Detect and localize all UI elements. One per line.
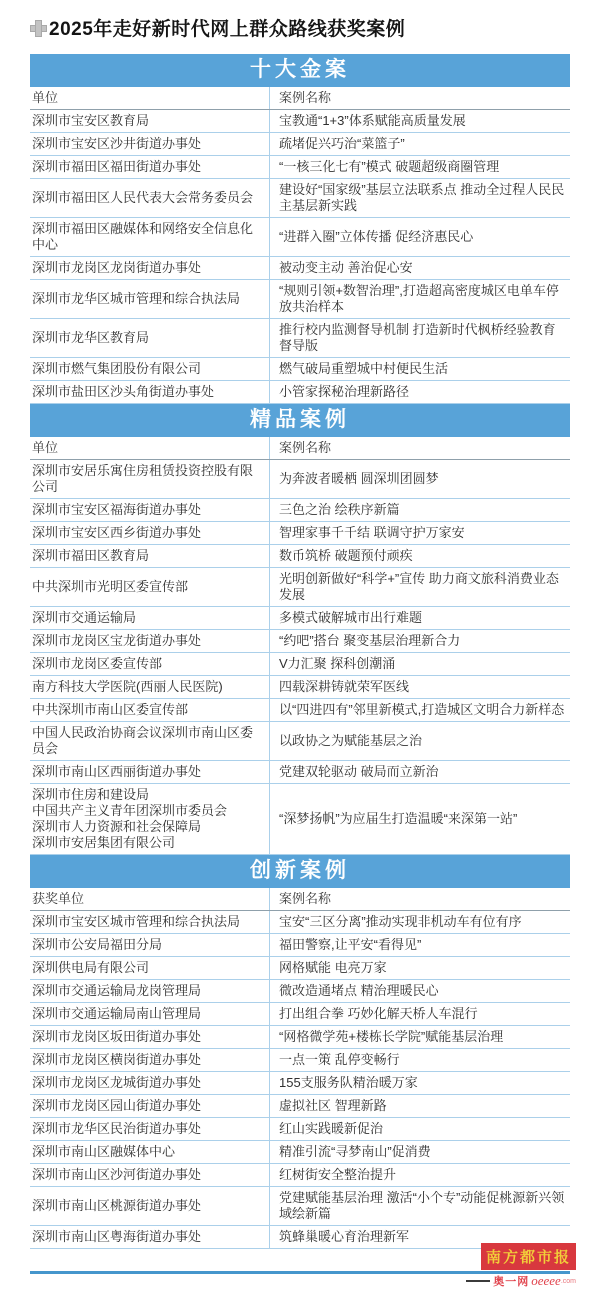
table-row: 深圳市龙岗区坂田街道办事处“网格微学苑+楼栋长学院”赋能基层治理 [30, 1026, 570, 1049]
masthead-logo: 南方都市报 奥一网 oeeee .com [466, 1243, 576, 1289]
table-row: 深圳供电局有限公司网格赋能 电亮万家 [30, 957, 570, 980]
unit-cell: 深圳市福田区融媒体和网络安全信息化中心 [30, 218, 270, 256]
unit-column-header-label: 获奖单位 [32, 891, 84, 907]
case-cell: 宝安“三区分离”推动实现非机动车有位有序 [270, 911, 570, 933]
oeeee-site-line: 奥一网 oeeee .com [466, 1273, 576, 1289]
case-column-header: 案例名称 [270, 87, 570, 109]
unit-text: 深圳市福田区福田街道办事处 [32, 159, 201, 175]
case-cell: 三色之治 绘秩序新篇 [270, 499, 570, 521]
unit-text: 深圳市龙华区民治街道办事处 [32, 1121, 201, 1137]
case-text: 党建双轮驱动 破局而立新治 [279, 764, 439, 780]
unit-text: 深圳市燃气集团股份有限公司 [32, 361, 201, 377]
unit-text: 南方科技大学医院(西丽人民医院) [32, 679, 223, 695]
unit-text: 深圳市龙岗区园山街道办事处 [32, 1098, 201, 1114]
case-cell: 燃气破局重塑城中村便民生活 [270, 358, 570, 380]
unit-text: 深圳市南山区粤海街道办事处 [32, 1229, 201, 1245]
case-text: “一核三化七有”模式 破题超级商圈管理 [279, 159, 499, 175]
award-section: 十大金案单位案例名称深圳市宝安区教育局宝教通“1+3”体系赋能高质量发展深圳市宝… [30, 54, 570, 404]
case-text: 虚拟社区 智理新路 [279, 1098, 387, 1114]
footer: 南方都市报 奥一网 oeeee .com [30, 1265, 570, 1293]
case-text: “深梦扬帆”为应届生打造温暖“来深第一站” [279, 811, 517, 827]
unit-cell: 深圳市龙华区教育局 [30, 319, 270, 357]
unit-text: 深圳供电局有限公司 [32, 960, 149, 976]
unit-cell: 深圳市住房和建设局 中国共产主义青年团深圳市委员会 深圳市人力资源和社会保障局 … [30, 784, 270, 854]
case-cell: 微改造通堵点 精治理暖民心 [270, 980, 570, 1002]
unit-cell: 深圳市龙岗区园山街道办事处 [30, 1095, 270, 1117]
case-cell: “一核三化七有”模式 破题超级商圈管理 [270, 156, 570, 178]
case-text: 155支服务队精治暖万家 [279, 1075, 418, 1091]
case-text: 多模式破解城市出行难题 [279, 610, 422, 626]
unit-text: 深圳市宝安区西乡街道办事处 [32, 525, 201, 541]
unit-text: 深圳市龙岗区龙城街道办事处 [32, 1075, 201, 1091]
unit-cell: 深圳市安居乐寓住房租赁投资控股有限公司 [30, 460, 270, 498]
unit-text: 深圳市交通运输局 [32, 610, 136, 626]
table-row: 深圳市宝安区沙井街道办事处疏堵促兴巧治“菜篮子” [30, 133, 570, 156]
case-text: “网格微学苑+楼栋长学院”赋能基层治理 [279, 1029, 503, 1045]
table-row: 深圳市交通运输局南山管理局打出组合拳 巧妙化解天桥人车混行 [30, 1003, 570, 1026]
table-row: 深圳市福田区人民代表大会常务委员会建设好“国家级”基层立法联系点 推动全过程人民… [30, 179, 570, 218]
unit-cell: 深圳市公安局福田分局 [30, 934, 270, 956]
site-name-cn: 奥一网 [493, 1273, 529, 1289]
case-text: 精准引流“寻梦南山”促消费 [279, 1144, 431, 1160]
case-cell: 四载深耕铸就荣军医线 [270, 676, 570, 698]
case-text: “规则引领+数智治理”,打造超高密度城区电单车停放共治样本 [279, 283, 568, 315]
unit-column-header: 获奖单位 [30, 888, 270, 910]
site-tld: .com [561, 1278, 576, 1285]
case-text: 红树街安全整治提升 [279, 1167, 396, 1183]
unit-text: 中共深圳市光明区委宣传部 [32, 579, 188, 595]
table-row: 深圳市住房和建设局 中国共产主义青年团深圳市委员会 深圳市人力资源和社会保障局 … [30, 784, 570, 855]
unit-text: 深圳市福田区教育局 [32, 548, 149, 564]
case-text: 网格赋能 电亮万家 [279, 960, 387, 976]
unit-cell: 深圳市龙岗区横岗街道办事处 [30, 1049, 270, 1071]
case-cell: 虚拟社区 智理新路 [270, 1095, 570, 1117]
unit-text: 深圳市宝安区城市管理和综合执法局 [32, 914, 240, 930]
table-row: 深圳市南山区沙河街道办事处红树街安全整治提升 [30, 1164, 570, 1187]
page-title: 2025年走好新时代网上群众路线获奖案例 [49, 14, 405, 41]
case-cell: “进群入圈”立体传播 促经济惠民心 [270, 218, 570, 256]
case-text: 建设好“国家级”基层立法联系点 推动全过程人民民主基层新实践 [279, 182, 568, 214]
table-row: 深圳市龙华区城市管理和综合执法局“规则引领+数智治理”,打造超高密度城区电单车停… [30, 280, 570, 319]
page-title-row: 2025年走好新时代网上群众路线获奖案例 [30, 14, 570, 41]
case-text: 数币筑桥 破题预付顽疾 [279, 548, 413, 564]
case-cell: 以“四进四有”邻里新模式,打造城区文明合力新样态 [270, 699, 570, 721]
unit-cell: 深圳市龙岗区宝龙街道办事处 [30, 630, 270, 652]
case-cell: 一点一策 乱停变畅行 [270, 1049, 570, 1071]
case-cell: 党建双轮驱动 破局而立新治 [270, 761, 570, 783]
case-text: 疏堵促兴巧治“菜篮子” [279, 136, 405, 152]
table-row: 深圳市龙岗区委宣传部V力汇聚 探科创潮涌 [30, 653, 570, 676]
unit-cell: 深圳市龙华区民治街道办事处 [30, 1118, 270, 1140]
unit-text: 深圳市交通运输局南山管理局 [32, 1006, 201, 1022]
unit-text: 深圳市龙岗区宝龙街道办事处 [32, 633, 201, 649]
column-header-row: 获奖单位案例名称 [30, 888, 570, 911]
case-text: 打出组合拳 巧妙化解天桥人车混行 [279, 1006, 478, 1022]
unit-column-header: 单位 [30, 437, 270, 459]
case-column-header-label: 案例名称 [279, 891, 331, 907]
case-cell: 多模式破解城市出行难题 [270, 607, 570, 629]
unit-text: 深圳市南山区桃源街道办事处 [32, 1198, 201, 1214]
unit-cell: 中共深圳市光明区委宣传部 [30, 568, 270, 606]
case-text: 福田警察,让平安“看得见” [279, 937, 421, 953]
unit-cell: 深圳市南山区粤海街道办事处 [30, 1226, 270, 1248]
case-cell: 打出组合拳 巧妙化解天桥人车混行 [270, 1003, 570, 1025]
case-text: 宝安“三区分离”推动实现非机动车有位有序 [279, 914, 522, 930]
unit-text: 深圳市南山区西丽街道办事处 [32, 764, 201, 780]
unit-text: 深圳市龙华区城市管理和综合执法局 [32, 291, 240, 307]
table-row: 深圳市龙华区民治街道办事处红山实践暖新促治 [30, 1118, 570, 1141]
unit-cell: 深圳市南山区沙河街道办事处 [30, 1164, 270, 1186]
case-text: 微改造通堵点 精治理暖民心 [279, 983, 439, 999]
table-row: 中共深圳市南山区委宣传部以“四进四有”邻里新模式,打造城区文明合力新样态 [30, 699, 570, 722]
case-cell: 以政协之为赋能基层之治 [270, 722, 570, 760]
unit-cell: 深圳市南山区桃源街道办事处 [30, 1187, 270, 1225]
case-text: 光明创新做好“科学+”宣传 助力商文旅科消费业态发展 [279, 571, 568, 603]
case-cell: V力汇聚 探科创潮涌 [270, 653, 570, 675]
table-row: 南方科技大学医院(西丽人民医院)四载深耕铸就荣军医线 [30, 676, 570, 699]
case-text: 推行校内监测督导机制 打造新时代枫桥经验教育督导版 [279, 322, 568, 354]
unit-cell: 深圳供电局有限公司 [30, 957, 270, 979]
table-row: 中国人民政治协商会议深圳市南山区委员会以政协之为赋能基层之治 [30, 722, 570, 761]
case-text: 以政协之为赋能基层之治 [279, 733, 422, 749]
unit-column-header-label: 单位 [32, 90, 58, 106]
table-row: 深圳市南山区桃源街道办事处党建赋能基层治理 激活“小个专”动能促桃源新兴领域绘新… [30, 1187, 570, 1226]
unit-cell: 深圳市福田区人民代表大会常务委员会 [30, 179, 270, 217]
case-cell: 小管家探秘治理新路径 [270, 381, 570, 403]
case-column-header: 案例名称 [270, 888, 570, 910]
section-header: 精品案例 [30, 404, 570, 437]
unit-cell: 深圳市交通运输局南山管理局 [30, 1003, 270, 1025]
table-row: 深圳市安居乐寓住房租赁投资控股有限公司为奔波者暖栖 圆深圳团圆梦 [30, 460, 570, 499]
unit-text: 中国人民政治协商会议深圳市南山区委员会 [32, 725, 261, 757]
unit-text: 深圳市公安局福田分局 [32, 937, 162, 953]
case-cell: 党建赋能基层治理 激活“小个专”动能促桃源新兴领域绘新篇 [270, 1187, 570, 1225]
unit-cell: 深圳市龙华区城市管理和综合执法局 [30, 280, 270, 318]
plus-icon [30, 20, 45, 35]
case-text: 三色之治 绘秩序新篇 [279, 502, 400, 518]
case-cell: 疏堵促兴巧治“菜篮子” [270, 133, 570, 155]
case-text: 小管家探秘治理新路径 [279, 384, 409, 400]
table-row: 深圳市南山区融媒体中心精准引流“寻梦南山”促消费 [30, 1141, 570, 1164]
case-cell: “深梦扬帆”为应届生打造温暖“来深第一站” [270, 784, 570, 854]
table-row: 深圳市龙华区教育局推行校内监测督导机制 打造新时代枫桥经验教育督导版 [30, 319, 570, 358]
section-header: 十大金案 [30, 54, 570, 87]
unit-column-header-label: 单位 [32, 440, 58, 456]
nandu-brand-logo: 南方都市报 [481, 1243, 576, 1270]
table-row: 深圳市龙岗区龙城街道办事处155支服务队精治暖万家 [30, 1072, 570, 1095]
unit-cell: 南方科技大学医院(西丽人民医院) [30, 676, 270, 698]
case-text: “约吧”搭台 聚变基层治理新合力 [279, 633, 460, 649]
award-section: 创新案例获奖单位案例名称深圳市宝安区城市管理和综合执法局宝安“三区分离”推动实现… [30, 855, 570, 1249]
unit-text: 深圳市龙岗区横岗街道办事处 [32, 1052, 201, 1068]
unit-cell: 深圳市交通运输局龙岗管理局 [30, 980, 270, 1002]
awards-table: 十大金案单位案例名称深圳市宝安区教育局宝教通“1+3”体系赋能高质量发展深圳市宝… [30, 54, 570, 1249]
unit-column-header: 单位 [30, 87, 270, 109]
unit-cell: 深圳市南山区西丽街道办事处 [30, 761, 270, 783]
table-row: 深圳市公安局福田分局福田警察,让平安“看得见” [30, 934, 570, 957]
case-cell: 智理家事千千结 联调守护万家安 [270, 522, 570, 544]
case-text: 燃气破局重塑城中村便民生活 [279, 361, 448, 377]
unit-cell: 深圳市龙岗区坂田街道办事处 [30, 1026, 270, 1048]
table-row: 深圳市燃气集团股份有限公司燃气破局重塑城中村便民生活 [30, 358, 570, 381]
unit-cell: 深圳市福田区福田街道办事处 [30, 156, 270, 178]
table-row: 深圳市宝安区西乡街道办事处智理家事千千结 联调守护万家安 [30, 522, 570, 545]
case-text: “进群入圈”立体传播 促经济惠民心 [279, 229, 473, 245]
case-cell: 155支服务队精治暖万家 [270, 1072, 570, 1094]
case-cell: 红山实践暖新促治 [270, 1118, 570, 1140]
award-section: 精品案例单位案例名称深圳市安居乐寓住房租赁投资控股有限公司为奔波者暖栖 圆深圳团… [30, 404, 570, 855]
case-text: 红山实践暖新促治 [279, 1121, 383, 1137]
unit-text: 深圳市龙岗区坂田街道办事处 [32, 1029, 201, 1045]
unit-text: 深圳市住房和建设局 中国共产主义青年团深圳市委员会 深圳市人力资源和社会保障局 … [32, 787, 227, 851]
unit-cell: 深圳市燃气集团股份有限公司 [30, 358, 270, 380]
table-row: 深圳市龙岗区横岗街道办事处一点一策 乱停变畅行 [30, 1049, 570, 1072]
table-row: 深圳市福田区福田街道办事处“一核三化七有”模式 破题超级商圈管理 [30, 156, 570, 179]
case-column-header-label: 案例名称 [279, 440, 331, 456]
case-cell: 数币筑桥 破题预付顽疾 [270, 545, 570, 567]
table-row: 深圳市宝安区福海街道办事处三色之治 绘秩序新篇 [30, 499, 570, 522]
table-row: 深圳市龙岗区龙岗街道办事处被动变主动 善治促心安 [30, 257, 570, 280]
unit-text: 深圳市南山区融媒体中心 [32, 1144, 175, 1160]
case-cell: 网格赋能 电亮万家 [270, 957, 570, 979]
unit-text: 深圳市龙岗区委宣传部 [32, 656, 162, 672]
section-header: 创新案例 [30, 855, 570, 888]
unit-text: 深圳市宝安区沙井街道办事处 [32, 136, 201, 152]
unit-text: 深圳市龙岗区龙岗街道办事处 [32, 260, 201, 276]
case-text: 筑蜂巢暖心育治理新军 [279, 1229, 409, 1245]
case-text: 宝教通“1+3”体系赋能高质量发展 [279, 113, 466, 129]
column-header-row: 单位案例名称 [30, 437, 570, 460]
case-cell: 光明创新做好“科学+”宣传 助力商文旅科消费业态发展 [270, 568, 570, 606]
case-text: 智理家事千千结 联调守护万家安 [279, 525, 465, 541]
unit-cell: 深圳市宝安区教育局 [30, 110, 270, 132]
unit-cell: 中国人民政治协商会议深圳市南山区委员会 [30, 722, 270, 760]
case-column-header: 案例名称 [270, 437, 570, 459]
news-graphic-page: 2025年走好新时代网上群众路线获奖案例 十大金案单位案例名称深圳市宝安区教育局… [0, 0, 600, 1303]
unit-cell: 深圳市宝安区沙井街道办事处 [30, 133, 270, 155]
case-text: 党建赋能基层治理 激活“小个专”动能促桃源新兴领域绘新篇 [279, 1190, 568, 1222]
table-row: 深圳市南山区西丽街道办事处党建双轮驱动 破局而立新治 [30, 761, 570, 784]
case-cell: “网格微学苑+楼栋长学院”赋能基层治理 [270, 1026, 570, 1048]
case-cell: “规则引领+数智治理”,打造超高密度城区电单车停放共治样本 [270, 280, 570, 318]
case-text: 一点一策 乱停变畅行 [279, 1052, 400, 1068]
unit-cell: 深圳市福田区教育局 [30, 545, 270, 567]
case-cell: 被动变主动 善治促心安 [270, 257, 570, 279]
case-text: V力汇聚 探科创潮涌 [279, 656, 395, 672]
case-text: 被动变主动 善治促心安 [279, 260, 413, 276]
unit-cell: 深圳市宝安区西乡街道办事处 [30, 522, 270, 544]
unit-text: 中共深圳市南山区委宣传部 [32, 702, 188, 718]
unit-text: 深圳市宝安区福海街道办事处 [32, 502, 201, 518]
case-cell: 红树街安全整治提升 [270, 1164, 570, 1186]
unit-text: 深圳市福田区融媒体和网络安全信息化中心 [32, 221, 261, 253]
case-cell: 宝教通“1+3”体系赋能高质量发展 [270, 110, 570, 132]
case-cell: 建设好“国家级”基层立法联系点 推动全过程人民民主基层新实践 [270, 179, 570, 217]
case-cell: 福田警察,让平安“看得见” [270, 934, 570, 956]
table-row: 深圳市交通运输局多模式破解城市出行难题 [30, 607, 570, 630]
unit-cell: 深圳市交通运输局 [30, 607, 270, 629]
unit-text: 深圳市交通运输局龙岗管理局 [32, 983, 201, 999]
table-row: 深圳市福田区融媒体和网络安全信息化中心“进群入圈”立体传播 促经济惠民心 [30, 218, 570, 257]
table-row: 深圳市宝安区教育局宝教通“1+3”体系赋能高质量发展 [30, 110, 570, 133]
column-header-row: 单位案例名称 [30, 87, 570, 110]
table-row: 中共深圳市光明区委宣传部光明创新做好“科学+”宣传 助力商文旅科消费业态发展 [30, 568, 570, 607]
unit-text: 深圳市宝安区教育局 [32, 113, 149, 129]
dash-line [466, 1280, 490, 1282]
case-cell: “约吧”搭台 聚变基层治理新合力 [270, 630, 570, 652]
unit-text: 深圳市南山区沙河街道办事处 [32, 1167, 201, 1183]
unit-cell: 深圳市盐田区沙头角街道办事处 [30, 381, 270, 403]
case-text: 以“四进四有”邻里新模式,打造城区文明合力新样态 [279, 702, 564, 718]
unit-cell: 深圳市龙岗区委宣传部 [30, 653, 270, 675]
unit-text: 深圳市安居乐寓住房租赁投资控股有限公司 [32, 463, 261, 495]
table-row: 深圳市盐田区沙头角街道办事处小管家探秘治理新路径 [30, 381, 570, 404]
unit-cell: 深圳市南山区融媒体中心 [30, 1141, 270, 1163]
unit-text: 深圳市福田区人民代表大会常务委员会 [32, 190, 253, 206]
unit-cell: 中共深圳市南山区委宣传部 [30, 699, 270, 721]
table-row: 深圳市龙岗区园山街道办事处虚拟社区 智理新路 [30, 1095, 570, 1118]
unit-cell: 深圳市龙岗区龙岗街道办事处 [30, 257, 270, 279]
table-row: 深圳市龙岗区宝龙街道办事处“约吧”搭台 聚变基层治理新合力 [30, 630, 570, 653]
unit-cell: 深圳市宝安区福海街道办事处 [30, 499, 270, 521]
unit-cell: 深圳市龙岗区龙城街道办事处 [30, 1072, 270, 1094]
table-row: 深圳市宝安区城市管理和综合执法局宝安“三区分离”推动实现非机动车有位有序 [30, 911, 570, 934]
unit-text: 深圳市龙华区教育局 [32, 330, 149, 346]
case-cell: 为奔波者暖栖 圆深圳团圆梦 [270, 460, 570, 498]
table-row: 深圳市福田区教育局数币筑桥 破题预付顽疾 [30, 545, 570, 568]
case-column-header-label: 案例名称 [279, 90, 331, 106]
case-cell: 精准引流“寻梦南山”促消费 [270, 1141, 570, 1163]
table-row: 深圳市交通运输局龙岗管理局微改造通堵点 精治理暖民心 [30, 980, 570, 1003]
case-text: 四载深耕铸就荣军医线 [279, 679, 409, 695]
unit-text: 深圳市盐田区沙头角街道办事处 [32, 384, 214, 400]
site-name-latin: oeeee [531, 1273, 561, 1289]
case-text: 为奔波者暖栖 圆深圳团圆梦 [279, 471, 439, 487]
unit-cell: 深圳市宝安区城市管理和综合执法局 [30, 911, 270, 933]
case-cell: 推行校内监测督导机制 打造新时代枫桥经验教育督导版 [270, 319, 570, 357]
